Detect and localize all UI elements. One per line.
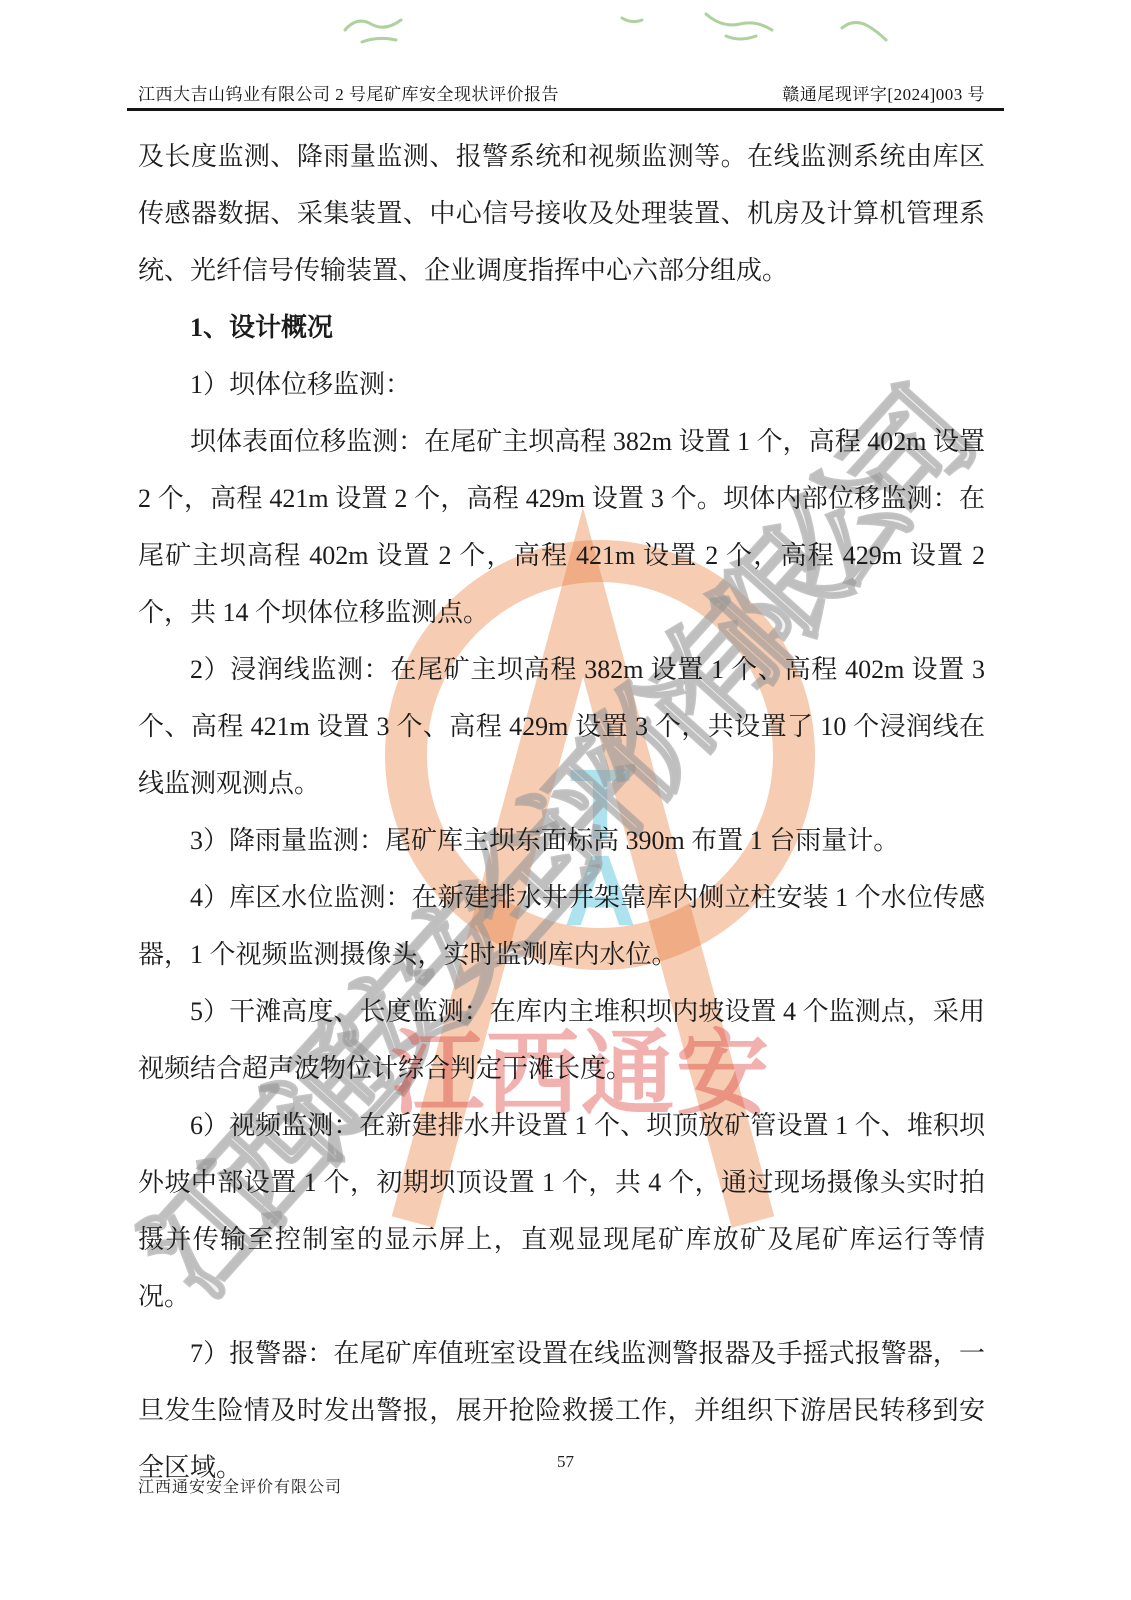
paragraph: 2）浸润线监测：在尾矿主坝高程 382m 设置 1 个、高程 402m 设置 3…	[138, 641, 985, 812]
paragraph-intro: 及长度监测、降雨量监测、报警系统和视频监测等。在线监测系统由库区传感器数据、采集…	[138, 128, 985, 299]
paragraph: 4）库区水位监测：在新建排水井井架靠库内侧立柱安装 1 个水位传感器，1 个视频…	[138, 869, 985, 983]
report-page: T A 江西通安安全评价有限公司 江西通安 江西大吉山钨业有限公司 2 号尾矿库…	[0, 0, 1131, 1600]
section-heading: 1、设计概况	[138, 299, 985, 356]
paragraph: 5）干滩高度、长度监测：在库内主堆积坝内坡设置 4 个监测点，采用视频结合超声波…	[138, 983, 985, 1097]
header-doc-number: 赣通尾现评字[2024]003 号	[782, 80, 985, 105]
document-body: 及长度监测、降雨量监测、报警系统和视频监测等。在线监测系统由库区传感器数据、采集…	[138, 128, 985, 1496]
footer-company: 江西通安安全评价有限公司	[138, 1474, 342, 1497]
paragraph: 3）降雨量监测：尾矿库主坝东面标高 390m 布置 1 台雨量计。	[138, 812, 985, 869]
paragraph: 1）坝体位移监测：	[138, 356, 985, 413]
paragraph: 坝体表面位移监测：在尾矿主坝高程 382m 设置 1 个，高程 402m 设置 …	[138, 413, 985, 641]
header-report-title: 江西大吉山钨业有限公司 2 号尾矿库安全现状评价报告	[138, 80, 559, 105]
header-rule	[127, 108, 1004, 111]
paragraph: 6）视频监测：在新建排水井设置 1 个、坝顶放矿管设置 1 个、堆积坝外坡中部设…	[138, 1097, 985, 1325]
page-number: 57	[0, 1452, 1131, 1472]
ink-smudge-marks-icon	[0, 0, 1131, 60]
